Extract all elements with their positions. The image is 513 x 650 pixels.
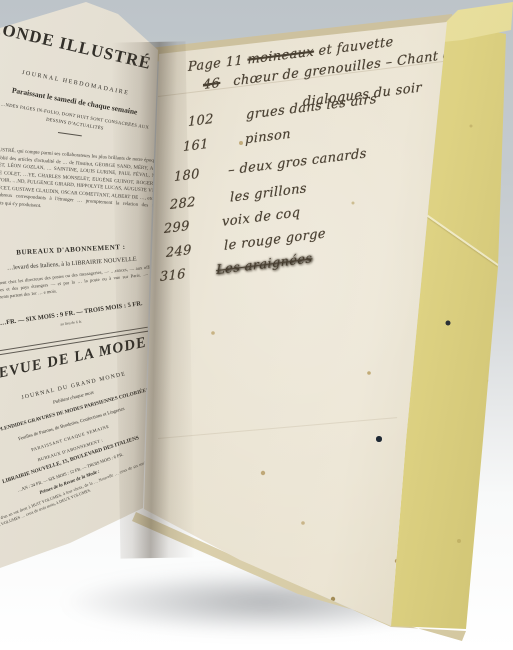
handwritten-text: – deux gros canards (228, 146, 367, 178)
handwritten-text: Les araignées (216, 251, 313, 278)
book-photograph: Page 11 moineaux et fauvette 46 chœur de… (0, 0, 513, 650)
handwritten-page-ref: Page 11 (188, 53, 243, 75)
handwritten-text: le rouge gorge (224, 226, 326, 254)
foxing-spots (0, 0, 2, 2)
wrapper-spots (0, 0, 2, 2)
gutter-shadow (112, 41, 195, 558)
handwritten-page-ref: 102 (188, 112, 214, 130)
handwritten-text: pinson (245, 127, 291, 148)
handwritten-text: voix de coq (222, 205, 300, 230)
wrapper-crease (418, 208, 499, 265)
handwritten-text: les grillons (230, 181, 307, 206)
paper-crease (158, 417, 397, 439)
handwritten-page-ref: 46 (203, 75, 229, 93)
handwritten-line: 161 pinson (183, 127, 291, 155)
handwritten-line: 102 grues dans les airs (188, 92, 377, 130)
divider-rule (58, 132, 82, 136)
handwritten-struck-word: moineaux (247, 44, 314, 67)
